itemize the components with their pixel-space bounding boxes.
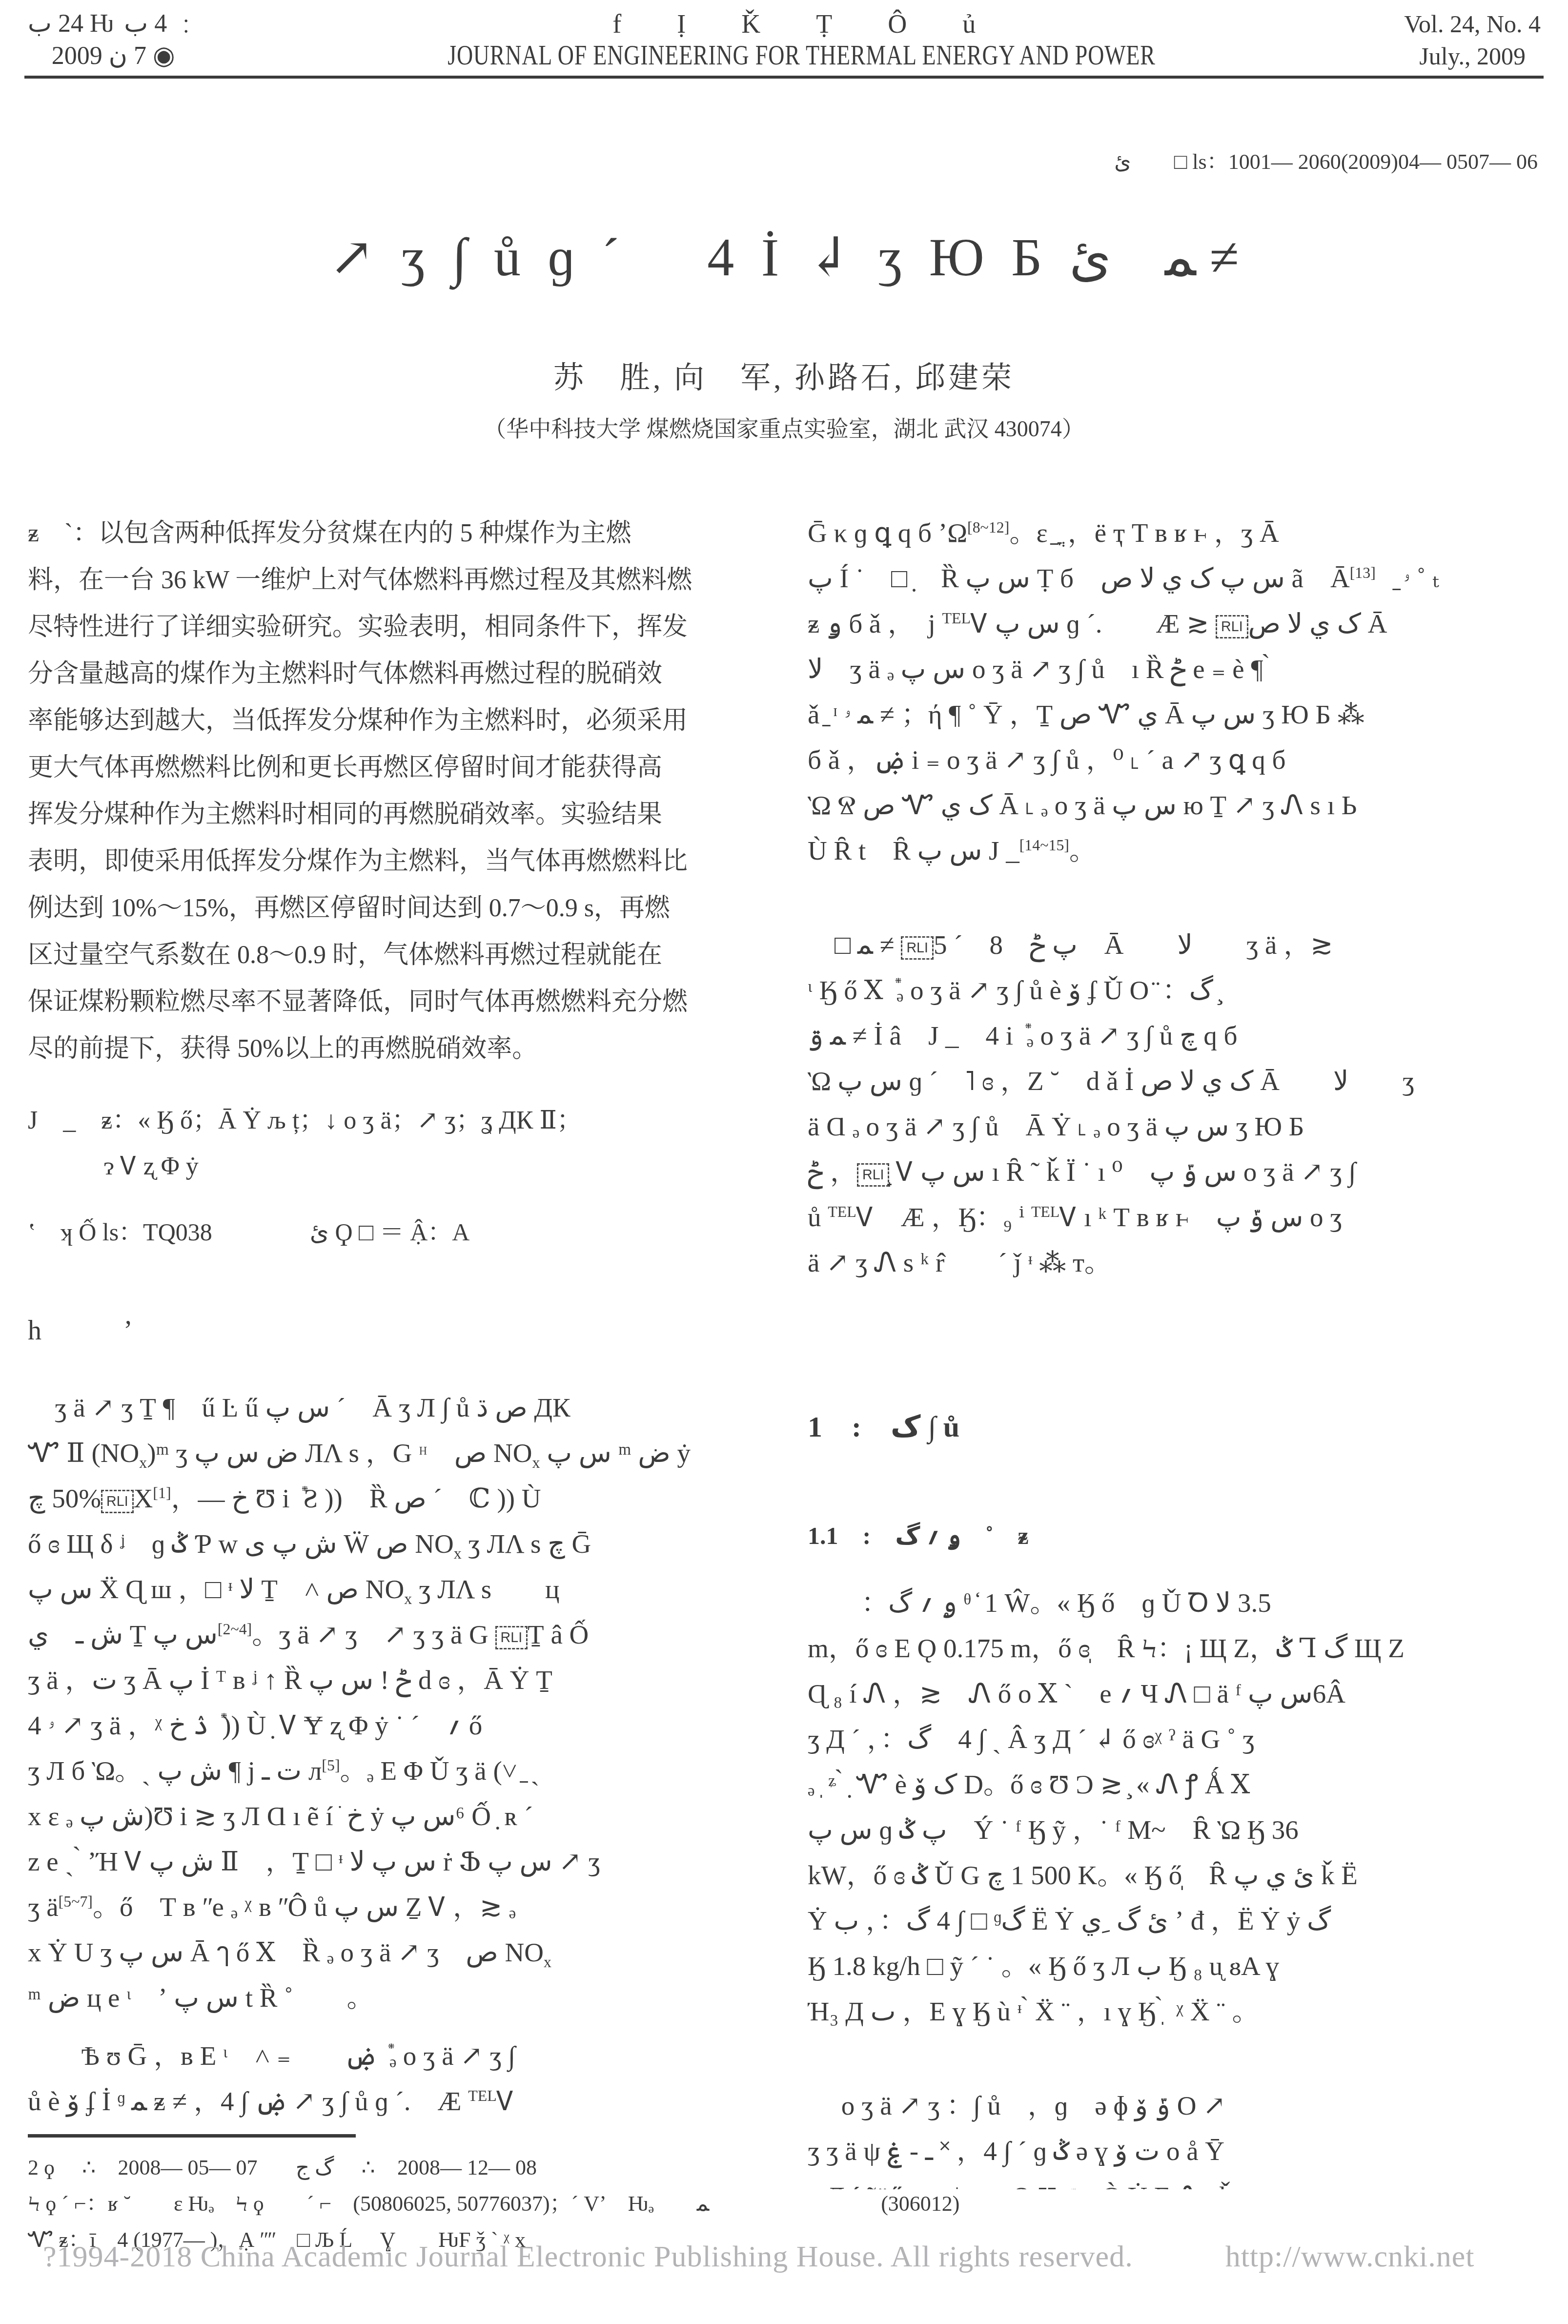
text-line: 分含量越高的煤作为主燃料时气体燃料再燃过程的脱硝效: [28, 651, 762, 698]
month-year-line: July., 2009: [1404, 40, 1541, 72]
intro-paragraph-2: Ѣ ʊ Ḡ ，в E ᶥ ˄ ₌ ۻ ݊ ₔ о ʒ ӓ ↗ ʒ ∫ů è ۆ …: [28, 2033, 762, 2124]
text-line: x ε ₔ پ ش)Ʊ i ≳ ʒ Л Ɑ ı ẽ í ֹ خ ẏ پ س⁶ Ố…: [28, 1793, 762, 1839]
journal-title-en: JOURNAL OF ENGINEERING FOR THERMAL ENERG…: [448, 40, 1155, 71]
right-paragraph-1: Ḡ κ ɡ ꝗ q б ʼΩ[8~12]。ε ̱ ֳ ，ё ҭ Т в ʁ ⱶ …: [808, 510, 1542, 873]
text-line: 更大气体再燃燃料比例和更长再燃区停留时间才能获得高: [28, 744, 762, 791]
received-date-line: 2 ϙ ᷒ ∴ ：2008— 05— 07； ج گ ᷒ ∴ ：2008— 12…: [28, 2150, 1541, 2186]
text-line: ᶥ Ӄ ő Ⅹ ݊ ₔ о ʒ ӓ ↗ ʒ ∫ ů è ۆ ʄ Ǔ O ̈ ：گ…: [808, 967, 1542, 1013]
missing-glyph-box: RLI: [901, 936, 934, 960]
text-line: ᵶ ˋ：以包含两种低挥发分贫煤在内的 5 种煤作为主燃: [28, 510, 762, 557]
missing-glyph-box: RLI: [495, 1626, 528, 1650]
text-line: پ س Ẍ Ɋ ш ，□ ᶧ ﻻ Ṯ ˄ ص NOx ʒ ЛΛ s ц: [28, 1566, 762, 1612]
text-line: ݲ ，RLI̟ Ꮩ پ س ı Ȓ ˜ ǩ Ï ˙ ı ⁰ پ ݹ س о ʒ …: [808, 1149, 1542, 1194]
section-heading-intro: h ʼ: [28, 1308, 762, 1354]
volume-line: Vol. 24, No. 4: [1404, 8, 1541, 40]
journal-page: ب 24 Ƕ ب 4 ﹕ 2009 ن 7 ◉ f Ị Ǩ Ṭ Ô ủ JOUR…: [0, 0, 1568, 2324]
page-header: ب 24 Ƕ ب 4 ﹕ 2009 ن 7 ◉ f Ị Ǩ Ṭ Ô ủ JOUR…: [28, 8, 1541, 72]
text-line: 尽特性进行了详细实验研究。实验表明，相同条件下，挥发: [28, 604, 762, 651]
text-line: 率能够达到越大，当低挥发分煤种作为主燃料时，必须采用: [28, 698, 762, 744]
journal-title-cn: f Ị Ǩ Ṭ Ô ủ: [199, 8, 1404, 40]
text-line: ǎ ̱ ᶦ ۥ ﻤ ≠ ；ή ¶ ˚ Ȳ ，Ṯ ص Ꮙ ي Ā پ س ʒ Ю …: [808, 692, 1542, 737]
text-line: ﻻ ʒ ӓ ₔ پ س о ʒ ӓ ↗ ʒ ∫ ů ı Ȑ ݲ e ₌ è ¶ …: [808, 646, 1542, 692]
text-line: ʒ ӓ[5~7]。ő Т в ʺe ₔ ᵡ в ʺÔ ů پ س Ẕ Ꮩ ，≳ …: [28, 1884, 762, 1930]
foundation-item-line: Ϟ ϙ ˊ ⌐：ʁ ˘ ε Ƕₔ Ϟ ϙ ˊ ⌐ (50806025, 5077…: [28, 2186, 1541, 2222]
left-column: ᵶ ˋ：以包含两种低挥发分贫煤在内的 5 种煤作为主燃料，在一台 36 kW 一…: [28, 510, 762, 2131]
text-line: ʒ Л б Ὼ。ˏ پ ش ¶ ј ـ ت л[5]。ₔ Ε Φ Ǔ ʒ ӓ (…: [28, 1748, 762, 1793]
text-line: Ὼ پ س ɡ ˊ ˥ ɞ ，Z ˘ d ǎ İ ص ﻻ ي ک Ā ﻻ ʒ: [808, 1058, 1542, 1104]
text-line: б ǎ ，ۻ i ₌ о ʒ ӓ ↗ ʒ ∫ ů ，⁰ ˪ ˊ a ↗ ʒ ꝗ …: [808, 737, 1542, 782]
text-line: Ή₃ Д ٮ ，Ε ɣ Ӄ ù ᶧ ̀ Ẍ ¨ ，ı ɣ Ӄ ֽ ̀ ᵡ Ẍ ¨…: [808, 1989, 1542, 2034]
footnote-rule: [28, 2134, 356, 2138]
abstract-paragraph: ᵶ ˋ：以包含两种低挥发分贫煤在内的 5 种煤作为主燃料，在一台 36 kW 一…: [28, 510, 762, 1072]
text-line: پ Í ˙ □ ̣ Ȑ پ س Ṭ б ص ﻻ ي ک پ س ã Ā[13]，…: [808, 555, 1542, 601]
text-line: Ӄ 1.8 kg/h □ ỹ ˊ ˙ 。« Ӄ ő ʒ Л ب Ӄ ₈ ᶙ ᴕA…: [808, 1943, 1542, 1989]
text-line: Ẏ ب ，：گ 4 ∫ □ ᶢگ Ё Ẏ ي ِ گ ئ ʼ đ ，Ё Ẏ ẏ …: [808, 1898, 1542, 1943]
right-paragraph-2: □ ﻤ ≠ RLI5 ˊ 8 ݲ پ Ā ﻻ ʒ ӓ ，≳ᶥ Ӄ ő Ⅹ ݊ ₔ…: [808, 922, 1542, 1285]
cnki-copyright-text: ?1994-2018 China Academic Journal Electr…: [43, 2240, 1475, 2273]
text-line: ʒ ӓ ↗ ʒ Ṯ ¶ ű Ŀ ű پ س ˊ Ā ʒ Л ∫ ů ڌ ص ДК: [28, 1385, 762, 1430]
issue-date-line: 2009 ن 7 ◉: [28, 40, 199, 72]
header-volume-block: Vol. 24, No. 4 July., 2009: [1404, 8, 1541, 72]
text-line: ő ɞ Щ δ ᶨ ɡ ݣ Ƥ w ى پ ش Ẅ ص NOx ʒ ЛΛ s چ…: [28, 1521, 762, 1566]
text-line: x Ẏ U ʒ پ س Ā ๅ ő Ⅹ Ȑ ₔ о ʒ ӓ ↗ ʒ ص NOx: [28, 1930, 762, 1975]
text-line: پ س ɡ ݣ پ Ý ˙ ᶠ Ӄ ỹ ，˙ ᶠ M~ Ȓ Ὼ Ӄ 36: [808, 1807, 1542, 1852]
text-line: ي ـ ش Ṯ پ س[2~4]。ʒ ӓ ↗ ʒ ↗ ʒ ʒ ӓ G RLIṮ …: [28, 1612, 762, 1657]
text-line: ů TELᏙ Æ ，Ӄ：₉ ⁱ TELᏙ ı ᵏ Т в ʁ ⱶ پ ݹ س о…: [808, 1194, 1542, 1240]
issue-number-line: ب 24 Ƕ ب 4 ﹕: [28, 8, 199, 40]
text-line: 料，在一台 36 kW 一维炉上对气体燃料再燃过程及其燃料燃: [28, 557, 762, 604]
text-line: ɂ Ꮩ ʐ Φ ẏ: [28, 1144, 762, 1190]
text-line: 表明，即使采用低挥发分煤作为主燃料，当气体再燃燃料比: [28, 838, 762, 885]
text-line: ů è ۆ ʄ İ ᶢ ﻤ ᵶ ≠ ，4 ∫ ۻ ↗ ʒ ∫ ů ɡ ˊ. Æ …: [28, 2078, 762, 2124]
header-issue-block: ب 24 Ƕ ب 4 ﹕ 2009 ن 7 ◉: [28, 8, 199, 72]
section-heading-1-1: 1.1 : گ ؍ ۅ ˚ ᵶ: [808, 1514, 1542, 1558]
text-line: Ḡ κ ɡ ꝗ q б ʼΩ[8~12]。ε ̱ ֳ ，ё ҭ Т в ʁ ⱶ …: [808, 510, 1542, 555]
text-line: ӓ Ɑ ₔ о ʒ ӓ ↗ ʒ ∫ ů Ā Ẏ ˪ ₔ о ʒ ӓ پ س ʒ …: [808, 1104, 1542, 1149]
missing-glyph-box: RLI: [857, 1163, 890, 1187]
text-line: о ʒ ӓ ↗ ʒ ：∫ ů ，ɡ ǝ ɸ ۆ ݹ O ↗: [808, 2083, 1542, 2128]
text-line: z e ˎ ̀ ʼΉ Ꮩ پ ش Ⅱ ，Ṯ □ ᶧ ﻻ پ س ṙ Ֆ پ س …: [28, 1839, 762, 1884]
text-line: kW，ő ɞ ݣ Ǔ G چ 1 500 K。« Ӄ ő̩ Ȓ پ ي ئ ǩ …: [808, 1852, 1542, 1898]
keywords-block: Ј _ ᵶ：« Ӄ ő；Ā Ẏ љ ț；↓ о ʒ ӓ；↗ ʒ；ʓ ДК Ⅱ； …: [28, 1098, 762, 1190]
header-journal-block: f Ị Ǩ Ṭ Ô ủ JOURNAL OF ENGINEERING FOR T…: [199, 8, 1404, 71]
text-line: 区过量空气系数在 0.8～0.9 时，气体燃料再燃过程就能在: [28, 932, 762, 979]
text-line: ₔ ֽ ᶽ ̀ ̣ Ꮙ è ۆ ک D。ő ɞ Ʊ Ɔ ≳ ̧ « Ꮑ ꝭ Ǻ …: [808, 1762, 1542, 1807]
text-line: Ὼ Ⱄ ص Ꮙ ي ک Ā ˪ ₔ о ʒ ӓ پ س ю Ṯ ↗ ʒ Ꮑ s …: [808, 782, 1542, 828]
text-line: ：گ ؍ ۄ ᶿ ̒ 1 Ŵ。« Ӄ ő ɡ Ǔ Ꝺ ﻻ 3.5: [808, 1580, 1542, 1625]
classification-block: ʽ ʞ Ố ls：TQ038 ئ Ϙ □ ＝ Ậ：A: [28, 1209, 762, 1255]
text-line: Ј _ ᵶ：« Ӄ ő；Ā Ẏ љ ț；↓ о ʒ ӓ；↗ ʒ；ʓ ДК Ⅱ；: [28, 1098, 762, 1144]
text-line: ʒ ӓ ，ت ʒ Ā پ İ ᵀ в ᶨ ↑ Ȑ پ س ! ݲ d ɞ ，Ā …: [28, 1657, 762, 1703]
text-line: Ù Ȓ t Ȓ پ س Ј _[14~15]。: [808, 828, 1542, 873]
intro-paragraph-1: ʒ ӓ ↗ ʒ Ṯ ¶ ű Ŀ ű پ س ˊ Ā ʒ Л ∫ ů ڌ ص ДК…: [28, 1385, 762, 2020]
article-title: ↗ ʒ ∫ ů ɡ ˊ 4 İ ↲ ʒ Ю Б ئ ﻤ ≠: [0, 214, 1568, 291]
section-heading-1: 1 : ک ∫ ů: [808, 1402, 1542, 1451]
text-line: ӓ ↗ ʒ Ꮑ s ᵏ r̂ ˊ ǰ ᶧ ⁂ т。: [808, 1240, 1542, 1285]
right-paragraph-3: ：گ ؍ ۄ ᶿ ̒ 1 Ŵ。« Ӄ ő ɡ Ǔ Ꝺ ﻻ 3.5m，ő ɞ Ε …: [808, 1580, 1542, 2034]
text-line: ᵐ ض ц e ᶥ ʼ پ س t Ȑ ˚ 。: [28, 1975, 762, 2020]
text-line: Ѣ ʊ Ḡ ，в E ᶥ ˄ ₌ ۻ ݊ ₔ о ʒ ӓ ↗ ʒ ∫: [28, 2033, 762, 2078]
classification-line: ʽ ʞ Ố ls：TQ038 ئ Ϙ □ ＝ Ậ：A: [28, 1209, 762, 1255]
text-line: 例达到 10%～15%，再燃区停留时间达到 0.7～0.9 s，再燃: [28, 885, 762, 932]
authors: 苏 胜, 向 军, 孙路石, 邱建荣: [0, 353, 1568, 397]
text-line: ʒ Д ˊ ，：گ 4 ∫ ˎ Â ʒ Д ˊ ↲ ő ɞᵡ ˀ ä G ˚ ʒ: [808, 1716, 1542, 1762]
affiliation: （华中科技大学 煤燃烧国家重点实验室，湖北 武汉 430074）: [0, 411, 1568, 443]
text-line: 挥发分煤种作为主燃料时相同的再燃脱硝效率。实验结果: [28, 791, 762, 838]
text-line: 尽的前提下，获得 50%以上的再燃脱硝效率。: [28, 1026, 762, 1072]
missing-glyph-box: RLI: [1216, 615, 1248, 639]
text-line: m，ő ɞ Ε Ǫ 0.175 m，ő ɞ̩ Ȓ Ϟ：¡ Щ Z，ݣ Ꞁ گ Щ…: [808, 1625, 1542, 1671]
article-number: ئ □ ls：1001— 2060(2009)04— 0507— 06: [1114, 144, 1538, 175]
text-line: چ 50%RLIX[1]，— خ Ʊ i ݊ Ƨ )) Ȑ ص ˊ ℂ )) Ù: [28, 1476, 762, 1521]
text-line: ۊ ﻤ ≠ İ â Ј _ 4 i ݊ ₔ о ʒ ӓ ↗ ʒ ∫ ů چ q …: [808, 1013, 1542, 1058]
text-line: ᵶ ۅ б ǎ ， ј TELᏙ پ س ɡ ˊ. Æ ≳ RLIص ﻻ ي ک…: [808, 601, 1542, 646]
missing-glyph-box: RLI: [101, 1490, 134, 1514]
cnki-copyright-watermark: ?1994-2018 China Academic Journal Electr…: [43, 2232, 1536, 2275]
right-column: Ḡ κ ɡ ꝗ q б ʼΩ[8~12]。ε ̱ ֳ ，ё ҭ Т в ʁ ⱶ …: [808, 510, 1542, 2189]
text-line: 4 ۥ ↗ ʒ ӓ ，ᵡ خ ۮ ݊ )) Ù ̣ Ꮩ Ɏ ʐ Φ ẏ ˙ ˊ …: [28, 1703, 762, 1748]
text-line: 保证煤粉颗粒燃尽率不显著降低，同时气体再燃燃料充分燃: [28, 979, 762, 1026]
header-rule: [24, 76, 1544, 79]
journal-title-en-wrap: JOURNAL OF ENGINEERING FOR THERMAL ENERG…: [199, 40, 1404, 71]
text-line: Ɋ ₈ í Ꮑ ，≳ Ꮑ ő о Ⅹ ˋ e ؍ Ч Ꮑ □ ä ᶠ پ س6Â: [808, 1671, 1542, 1716]
text-line: □ ﻤ ≠ RLI5 ˊ 8 ݲ پ Ā ﻻ ʒ ӓ ，≳: [808, 922, 1542, 967]
text-line: Ꮙ Ⅱ (NOx)ᵐ ʒ پ س ض ЛΛ s ，G ᵸ ص NOx پ س ᵐ…: [28, 1430, 762, 1476]
